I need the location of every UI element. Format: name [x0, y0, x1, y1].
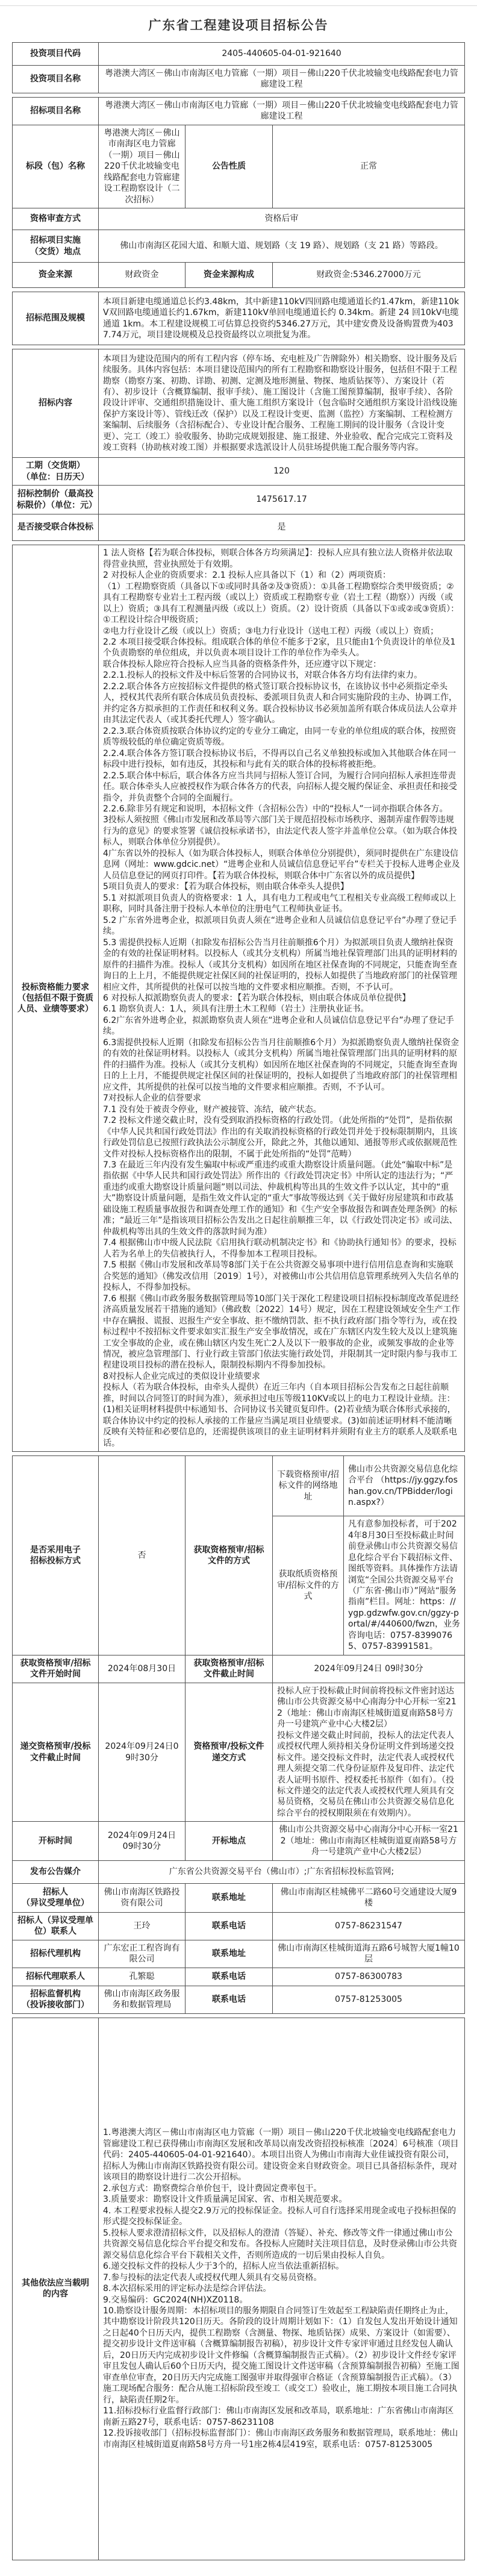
row-investment-code: 投资项目代码 2405-440605-04-01-921640 — [13, 43, 465, 66]
announcement-body: 投资项目代码 2405-440605-04-01-921640 投资项目名称 粤… — [12, 42, 465, 2560]
page-title: 广东省工程建设项目招标公告 — [0, 16, 477, 34]
document-obtain-method-label: 获取资格预审/招标文件的方式 — [185, 1456, 273, 1655]
investment-name-value: 粤港澳大湾区－佛山市南海区电力管廊（一期）项目－佛山220千伏北坡输变电线路配套… — [99, 66, 465, 93]
fund-source-label: 资金来源 — [13, 263, 99, 288]
row-tenderer: 招标人 （异议受理单位） 佛山市南海区铁路投资有限公司 联系地址 佛山市南海区桂… — [13, 1883, 465, 1912]
submission-method-label: 资格预审/投标文件递交方式 — [185, 1683, 273, 1822]
notice-nature-label: 公告性质 — [185, 125, 273, 208]
tenderer-phone-label: 联系电话 — [185, 1912, 273, 1940]
row-other-content: 其他依法应当载明 的内容 1.粤港澳大湾区－佛山市南海区电力管廊（一期）项目－佛… — [13, 2018, 465, 2560]
bidder-qualification-label: 投标资格能力要求（包括但不限于资质人员、业绩等要求） — [13, 545, 99, 1452]
bid-opening-place-value: 佛山市公共资源交易中心南海分中心开标一室212（地址：佛山市南海区桂城街道夏南路… — [273, 1822, 465, 1860]
row-bidder-qualification: 投标资格能力要求（包括但不限于资质人员、业绩等要求） 1 法人资格【若为联合体投… — [13, 545, 465, 1452]
row-tender-project-name: 招标项目名称 粤港澳大湾区－佛山市南海区电力管廊（一期）项目－佛山220千伏北坡… — [13, 97, 465, 125]
row-tenderer-contact: 招标人（异议受理单位）联系人 王玲 联系电话 0757-86231547 — [13, 1912, 465, 1940]
investment-name-label: 投资项目名称 — [13, 66, 99, 93]
bid-opening-place-label: 开标地点 — [185, 1822, 273, 1860]
announcement-media-value: 广东省公共资源交易平台（佛山市）;广东省招标投标监管网; — [99, 1860, 465, 1883]
row-project-location: 招标项目实施 （交货）地点 佛山市南海区花园大道、和顺大道、规划路（支 19 路… — [13, 230, 465, 263]
agency-label: 招标代理机构 — [13, 1940, 99, 1968]
tenderer-value: 佛山市南海区铁路投资有限公司 — [99, 1883, 185, 1912]
top-divider — [0, 5, 477, 6]
paper-document-value: 凡有意参加投标者，可于2024年8月30日至投标截止时间前登录佛山市公共资源交易… — [344, 1516, 465, 1655]
fund-source-value: 财政资金 — [99, 263, 185, 288]
row-agency: 招标代理机构 广东宏正工程咨询有限公司 联系地址 佛山市南海区桂城街道海五路6号… — [13, 1940, 465, 1968]
fund-composition-label: 资金来源构成 — [185, 263, 273, 288]
obtain-start-value: 2024年08月30日 — [99, 1655, 185, 1683]
download-url-label: 下载资格预审/招标文件的网络地址 — [273, 1456, 344, 1516]
investment-code-value: 2405-440605-04-01-921640 — [99, 43, 465, 66]
qualification-review-label: 资格审查方式 — [13, 208, 99, 230]
section-process: 是否采用电子 招标投标方式 否 获取资格预审/招标文件的方式 下载资格预审/招标… — [12, 1455, 465, 2014]
agency-phone-label: 联系电话 — [185, 1968, 273, 1986]
tender-content-label: 招标内容 — [13, 349, 99, 458]
agency-contact-label: 招标代理联系人 — [13, 1968, 99, 1986]
download-url-value: 佛山市公共资源交易信息化综合平台 （https://jy.ggzy.foshan… — [344, 1456, 465, 1516]
project-location-label: 招标项目实施 （交货）地点 — [13, 230, 99, 263]
other-content-value: 1.粤港澳大湾区－佛山市南海区电力管廊（一期）项目－佛山220千伏北坡输变电线路… — [99, 2018, 465, 2560]
row-investment-name: 投资项目名称 粤港澳大湾区－佛山市南海区电力管廊（一期）项目－佛山220千伏北坡… — [13, 66, 465, 93]
supervision-phone-value: 0757-81253005 — [273, 1986, 465, 2013]
row-tender-scope: 招标范围及规模 本项目新建电缆通道总长约3.48km，其中新建110kV四回路电… — [13, 292, 465, 345]
announcement-media-label: 发布公告媒介 — [13, 1860, 99, 1883]
row-fund-source: 资金来源 财政资金 资金来源构成 财政资金:5346.27000万元 — [13, 263, 465, 288]
tenderer-address-label: 联系地址 — [185, 1883, 273, 1912]
tenderer-label: 招标人 （异议受理单位） — [13, 1883, 99, 1912]
other-content-label: 其他依法应当载明 的内容 — [13, 2018, 99, 2560]
row-submission-deadline: 递交资格预审/投标文件截止时间 2024年09月24日09时30分 资格预审/投… — [13, 1683, 465, 1822]
row-agency-contact: 招标代理联系人 孔繁聪 联系电话 0757-86300783 — [13, 1968, 465, 1986]
submission-deadline-value: 2024年09月24日09时30分 — [99, 1683, 185, 1822]
electronic-bidding-label: 是否采用电子 招标投标方式 — [13, 1456, 99, 1655]
row-bid-opening: 开标时间 2024年09月24日 09时30分 开标地点 佛山市公共资源交易中心… — [13, 1822, 465, 1860]
tenderer-contact-value: 王玲 — [99, 1912, 185, 1940]
section-content: 招标内容 本项目为建设范围内的所有工程内容（停车场、充电桩及广告牌除外）相关勘察… — [12, 349, 465, 541]
duration-label: 工期（交货期） （单位：日历天） — [13, 458, 99, 486]
section-qualification-requirements: 投标资格能力要求（包括但不限于资质人员、业绩等要求） 1 法人资格【若为联合体投… — [12, 545, 465, 1452]
obtain-start-label: 获取资格预审/招标文件开始时间 — [13, 1655, 99, 1683]
supervision-phone-label: 联系电话 — [185, 1986, 273, 2013]
submission-deadline-label: 递交资格预审/投标文件截止时间 — [13, 1683, 99, 1822]
submission-method-value: 投标人应于投标截止时间前将投标文件密封送达佛山市公共资源交易中心南海分中心开标一… — [273, 1683, 465, 1822]
section-tender-project: 招标项目名称 粤港澳大湾区－佛山市南海区电力管廊（一期）项目－佛山220千伏北坡… — [12, 97, 465, 288]
bidder-qualification-value: 1 法人资格【若为联合体投标，则联合体各方均须满足】：投标人应具有独立法人资格并… — [99, 545, 465, 1452]
row-tender-content: 招标内容 本项目为建设范围内的所有工程内容（停车场、充电桩及广告牌除外）相关勘察… — [13, 349, 465, 458]
agency-value: 广东宏正工程咨询有限公司 — [99, 1940, 185, 1968]
notice-nature-value: 正常 — [273, 125, 465, 208]
control-price-label: 招标控制价（最高投标限价）（单位：元） — [13, 486, 99, 514]
agency-address-value: 佛山市南海区桂城街道海五路6号城智大厦1幢10层 — [273, 1940, 465, 1968]
section-other: 其他依法应当载明 的内容 1.粤港澳大湾区－佛山市南海区电力管廊（一期）项目－佛… — [12, 2018, 465, 2560]
agency-contact-value: 孔繁聪 — [99, 1968, 185, 1986]
project-location-value: 佛山市南海区花园大道、和顺大道、规划路（支 19 路）、规划路（支 21 路）等… — [99, 230, 465, 263]
section-scope: 招标范围及规模 本项目新建电缆通道总长约3.48km，其中新建110kV四回路电… — [12, 292, 465, 345]
row-control-price: 招标控制价（最高投标限价）（单位：元） 1475617.17 — [13, 486, 465, 514]
agency-address-label: 联系地址 — [185, 1940, 273, 1968]
row-duration: 工期（交货期） （单位：日历天） 120 — [13, 458, 465, 486]
tender-content-value: 本项目为建设范围内的所有工程内容（停车场、充电桩及广告牌除外）相关勘察、设计服务… — [99, 349, 465, 458]
row-consortium-allowed: 是否接受联合体投标 是 — [13, 514, 465, 541]
agency-phone-value: 0757-86300783 — [273, 1968, 465, 1986]
tender-project-name-label: 招标项目名称 — [13, 97, 99, 125]
paper-document-label: 获取纸质资格预审/招标文件的方式 — [273, 1516, 344, 1655]
fund-composition-value: 财政资金:5346.27000万元 — [273, 263, 465, 288]
row-announcement-media: 发布公告媒介 广东省公共资源交易平台（佛山市）;广东省招标投标监管网; — [13, 1860, 465, 1883]
supervision-label: 招标监督机构 （投诉接收部门） — [13, 1986, 99, 2013]
row-document-obtain-time: 获取资格预审/招标文件开始时间 2024年08月30日 获取资格预审/招标文件截… — [13, 1655, 465, 1683]
investment-code-label: 投资项目代码 — [13, 43, 99, 66]
tender-scope-label: 招标范围及规模 — [13, 292, 99, 345]
bid-opening-time-value: 2024年09月24日 09时30分 — [99, 1822, 185, 1860]
tender-scope-value: 本项目新建电缆通道总长约3.48km，其中新建110kV四回路电缆通道长约1.4… — [99, 292, 465, 345]
row-supervision: 招标监督机构 （投诉接收部门） 佛山市南海区政务服务和数据管理局 联系电话 07… — [13, 1986, 465, 2013]
section-investment: 投资项目代码 2405-440605-04-01-921640 投资项目名称 粤… — [12, 42, 465, 93]
obtain-end-value: 2024年09月24日 09时30分 — [273, 1655, 465, 1683]
supervision-value: 佛山市南海区政务服务和数据管理局 — [99, 1986, 185, 2013]
tenderer-phone-value: 0757-86231547 — [273, 1912, 465, 1940]
control-price-value: 1475617.17 — [99, 486, 465, 514]
bid-section-name-label: 标段（包）名称 — [13, 125, 99, 208]
duration-value: 120 — [99, 458, 465, 486]
bid-section-name-value: 粤港澳大湾区－佛山市南海区电力管廊（一期）项目－佛山220千伏北坡输变电线路配套… — [99, 125, 185, 208]
tenderer-contact-label: 招标人（异议受理单位）联系人 — [13, 1912, 99, 1940]
bid-opening-time-label: 开标时间 — [13, 1822, 99, 1860]
tender-project-name-value: 粤港澳大湾区－佛山市南海区电力管廊（一期）项目－佛山220千伏北坡输变电线路配套… — [99, 97, 465, 125]
consortium-allowed-label: 是否接受联合体投标 — [13, 514, 99, 541]
tenderer-address-value: 佛山市南海区桂城佛平二路60号交通建设大厦9楼 — [273, 1883, 465, 1912]
row-qualification-review: 资格审查方式 资格后审 — [13, 208, 465, 230]
qualification-review-value: 资格后审 — [99, 208, 465, 230]
electronic-bidding-value: 否 — [99, 1456, 185, 1655]
obtain-end-label: 获取资格预审/招标文件截止时间 — [185, 1655, 273, 1683]
row-electronic-bidding: 是否采用电子 招标投标方式 否 获取资格预审/招标文件的方式 下载资格预审/招标… — [13, 1456, 465, 1516]
row-bid-section-name: 标段（包）名称 粤港澳大湾区－佛山市南海区电力管廊（一期）项目－佛山220千伏北… — [13, 125, 465, 208]
consortium-allowed-value: 是 — [99, 514, 465, 541]
